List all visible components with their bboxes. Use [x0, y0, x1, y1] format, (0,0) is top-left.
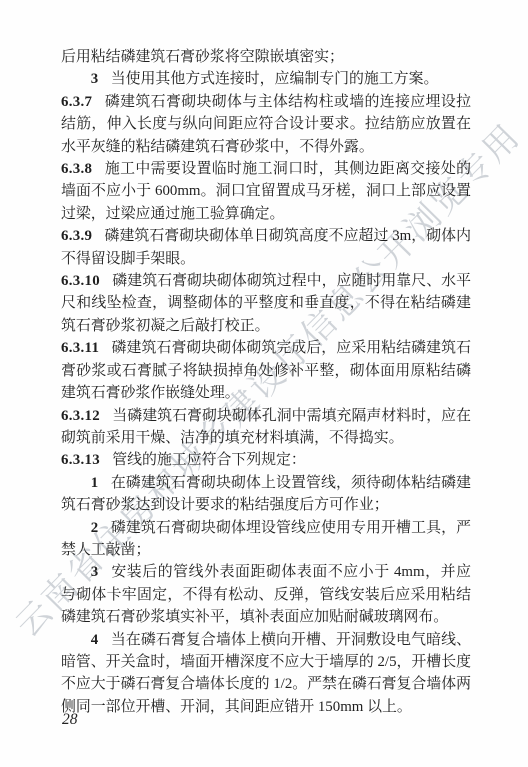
clause-paragraph-6-3-7: 6.3.7磷建筑石膏砌块砌体与主体结构柱或墙的连接应埋设拉结筋，伸入长度与纵向间…	[61, 91, 471, 158]
paragraph-text: 在磷建筑石膏砌块砌体上设置管线，须待砌体粘结磷建筑石膏砂浆达到设计要求的粘结强度…	[61, 475, 471, 513]
paragraph-text: 当使用其他方式连接时，应编制专门的施工方案。	[111, 71, 439, 87]
clause-number: 6.3.7	[61, 94, 92, 110]
paragraph-text: 当在磷石膏复合墙体上横向开槽、开洞敷设电气暗线、暗管、开关盒时，墙面开槽深度不应…	[61, 632, 471, 715]
clause-paragraph-6-3-9: 6.3.9磷建筑石膏砌块砌体单日砌筑高度不应超过 3m，砌体内不得留设脚手架眼。	[61, 225, 471, 270]
body-text: 后用粘结磷建筑石膏砂浆将空隙嵌填密实； 3当使用其他方式连接时，应编制专门的施工…	[61, 46, 471, 718]
paragraph-text: 管线的施工应符合下列规定：	[112, 452, 306, 468]
paragraph-continuation: 后用粘结磷建筑石膏砂浆将空隙嵌填密实；	[61, 46, 471, 68]
clause-paragraph-6-3-8: 6.3.8施工中需要设置临时施工洞口时，其侧边距离交接处的墙面不应小于 600m…	[61, 158, 471, 225]
subitem-number: 3	[91, 71, 99, 87]
clause-number: 6.3.9	[61, 228, 92, 244]
subitem-paragraph: 3当使用其他方式连接时，应编制专门的施工方案。	[61, 68, 471, 90]
document-page: 云南省住房和城乡建设厅信息公开浏览专用 后用粘结磷建筑石膏砂浆将空隙嵌填密实； …	[0, 0, 528, 767]
subitem-paragraph: 3安装后的管线外表面距砌体表面不应小于 4mm，并应与砌体卡牢固定，不得有松动、…	[61, 561, 471, 628]
subitem-number: 4	[91, 632, 99, 648]
clause-number: 6.3.13	[61, 452, 100, 468]
paragraph-text: 磷建筑石膏砌块砌体埋设管线应使用专用开槽工具，严禁人工敲凿；	[61, 520, 471, 558]
subitem-paragraph: 4当在磷石膏复合墙体上横向开槽、开洞敷设电气暗线、暗管、开关盒时，墙面开槽深度不…	[61, 629, 471, 719]
clause-paragraph-6-3-13: 6.3.13管线的施工应符合下列规定：	[61, 449, 471, 471]
subitem-number: 1	[91, 475, 99, 491]
subitem-paragraph: 2磷建筑石膏砌块砌体埋设管线应使用专用开槽工具，严禁人工敲凿；	[61, 517, 471, 562]
paragraph-text: 当磷建筑石膏砌块砌体孔洞中需填充隔声材料时，应在砌筑前采用干燥、洁净的填充材料填…	[61, 408, 471, 446]
paragraph-text: 磷建筑石膏砌块砌体砌筑过程中，应随时用靠尺、水平尺和线坠检查，调整砌体的平整度和…	[61, 273, 471, 334]
subitem-number: 3	[91, 564, 99, 580]
subitem-paragraph: 1在磷建筑石膏砌块砌体上设置管线，须待砌体粘结磷建筑石膏砂浆达到设计要求的粘结强…	[61, 472, 471, 517]
paragraph-text: 磷建筑石膏砌块砌体单日砌筑高度不应超过 3m，砌体内不得留设脚手架眼。	[61, 228, 471, 266]
clause-number: 6.3.10	[61, 273, 100, 289]
subitem-number: 2	[91, 520, 99, 536]
clause-number: 6.3.11	[61, 340, 99, 356]
paragraph-text: 安装后的管线外表面距砌体表面不应小于 4mm，并应与砌体卡牢固定，不得有松动、反…	[61, 564, 471, 625]
clause-paragraph-6-3-11: 6.3.11磷建筑石膏砌块砌体砌筑完成后，应采用粘结磷建筑石膏砂浆或石膏腻子将缺…	[61, 337, 471, 404]
paragraph-text: 施工中需要设置临时施工洞口时，其侧边距离交接处的墙面不应小于 600mm。洞口宜…	[61, 161, 471, 222]
clause-paragraph-6-3-10: 6.3.10磷建筑石膏砌块砌体砌筑过程中，应随时用靠尺、水平尺和线坠检查，调整砌…	[61, 270, 471, 337]
page-number: 28	[62, 711, 78, 729]
clause-paragraph-6-3-12: 6.3.12当磷建筑石膏砌块砌体孔洞中需填充隔声材料时，应在砌筑前采用干燥、洁净…	[61, 405, 471, 450]
clause-number: 6.3.12	[61, 408, 100, 424]
paragraph-text: 后用粘结磷建筑石膏砂浆将空隙嵌填密实；	[61, 49, 344, 65]
clause-number: 6.3.8	[61, 161, 92, 177]
paragraph-text: 磷建筑石膏砌块砌体砌筑完成后，应采用粘结磷建筑石膏砂浆或石膏腻子将缺损掉角处修补…	[61, 340, 471, 401]
paragraph-text: 磷建筑石膏砌块砌体与主体结构柱或墙的连接应埋设拉结筋，伸入长度与纵向间距应符合设…	[61, 94, 471, 155]
